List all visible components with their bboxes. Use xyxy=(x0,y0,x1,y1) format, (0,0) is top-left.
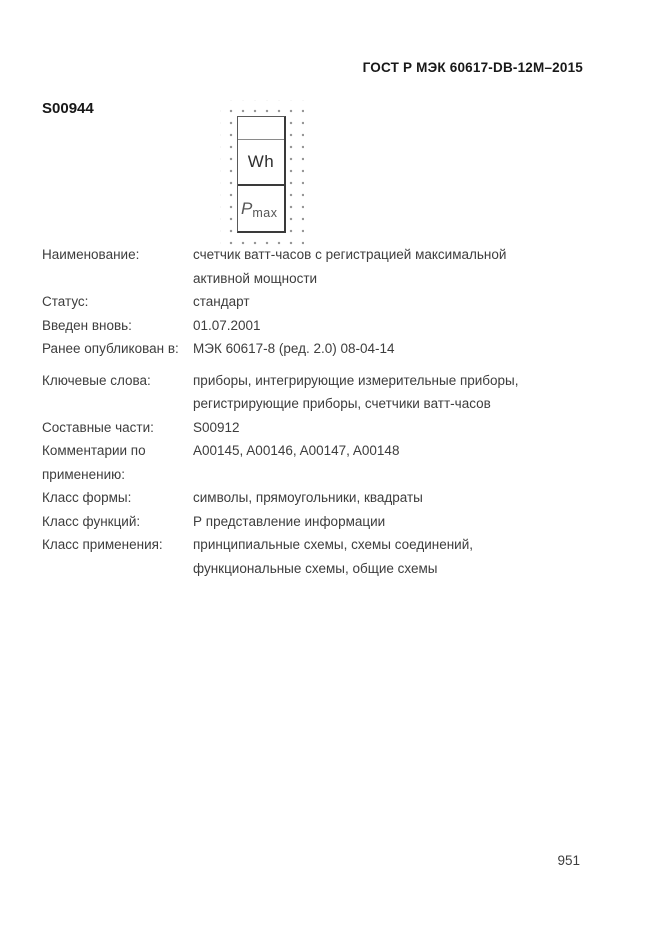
field-value: Р представление информации xyxy=(193,510,590,534)
symbol-rectangle: Wh Pmax xyxy=(237,116,286,233)
field-value-line: функциональные схемы, общие схемы xyxy=(193,557,590,581)
field-value-line: символы, прямоугольники, квадраты xyxy=(193,486,590,510)
field-value: МЭК 60617-8 (ред. 2.0) 08-04-14 xyxy=(193,337,590,361)
field-row-klyuchevye-slova: Ключевые слова: приборы, интегрирующие и… xyxy=(42,369,590,416)
fields-list: Наименование: счетчик ватт-часов с регис… xyxy=(42,243,590,580)
symbol-section-empty xyxy=(238,117,284,140)
symbol-section-pmax: Pmax xyxy=(238,186,284,231)
field-value-line: приборы, интегрирующие измерительные при… xyxy=(193,369,590,393)
field-value-line: МЭК 60617-8 (ред. 2.0) 08-04-14 xyxy=(193,337,590,361)
field-value-line: Р представление информации xyxy=(193,510,590,534)
field-value-line: регистрирующие приборы, счетчики ватт-ча… xyxy=(193,392,590,416)
field-row-ranee-opublikovan: Ранее опубликован в: МЭК 60617-8 (ред. 2… xyxy=(42,337,590,361)
field-row-naimenovanie: Наименование: счетчик ватт-часов с регис… xyxy=(42,243,590,290)
field-value: стандарт xyxy=(193,290,590,314)
field-row-klass-primeneniya: Класс применения: принципиальные схемы, … xyxy=(42,533,590,580)
field-value-line: A00145, A00146, A00147, A00148 xyxy=(193,439,590,463)
field-value: приборы, интегрирующие измерительные при… xyxy=(193,369,590,416)
field-value-line: S00912 xyxy=(193,416,590,440)
field-value: принципиальные схемы, схемы соединений, … xyxy=(193,533,590,580)
symbol-dot-grid: Wh Pmax xyxy=(220,100,304,248)
field-label: Введен вновь: xyxy=(42,314,193,338)
symbol-id: S00944 xyxy=(42,100,94,117)
p-label: P xyxy=(241,200,252,217)
field-value-line: активной мощности xyxy=(193,267,590,291)
field-value: S00912 xyxy=(193,416,590,440)
page-number: 951 xyxy=(557,853,580,868)
field-row-kommentarii: Комментарии по применению: A00145, A0014… xyxy=(42,439,590,486)
field-label: Ключевые слова: xyxy=(42,369,193,416)
symbol-section-wh: Wh xyxy=(238,140,284,186)
field-label: Класс функций: xyxy=(42,510,193,534)
document-page: ГОСТ Р МЭК 60617-DB-12M–2015 S00944 Wh P… xyxy=(0,0,661,936)
field-label: Класс применения: xyxy=(42,533,193,580)
document-header: ГОСТ Р МЭК 60617-DB-12M–2015 xyxy=(363,60,583,75)
field-row-klass-formy: Класс формы: символы, прямоугольники, кв… xyxy=(42,486,590,510)
field-value: 01.07.2001 xyxy=(193,314,590,338)
field-value: символы, прямоугольники, квадраты xyxy=(193,486,590,510)
field-label: Комментарии по применению: xyxy=(42,439,193,486)
field-value-line: 01.07.2001 xyxy=(193,314,590,338)
field-value-line: принципиальные схемы, схемы соединений, xyxy=(193,533,590,557)
field-row-status: Статус: стандарт xyxy=(42,290,590,314)
field-label: Статус: xyxy=(42,290,193,314)
wh-label: Wh xyxy=(248,152,275,172)
field-row-vveden-vnov: Введен вновь: 01.07.2001 xyxy=(42,314,590,338)
field-value: A00145, A00146, A00147, A00148 xyxy=(193,439,590,486)
field-label: Ранее опубликован в: xyxy=(42,337,193,361)
field-value: счетчик ватт-часов с регистрацией максим… xyxy=(193,243,590,290)
max-subscript-label: max xyxy=(252,207,277,220)
field-row-klass-funkcij: Класс функций: Р представление информаци… xyxy=(42,510,590,534)
field-value-line: стандарт xyxy=(193,290,590,314)
field-label: Класс формы: xyxy=(42,486,193,510)
field-value-line: счетчик ватт-часов с регистрацией максим… xyxy=(193,243,590,267)
field-row-sostavnye-chasti: Составные части: S00912 xyxy=(42,416,590,440)
field-label: Наименование: xyxy=(42,243,193,290)
field-label: Составные части: xyxy=(42,416,193,440)
